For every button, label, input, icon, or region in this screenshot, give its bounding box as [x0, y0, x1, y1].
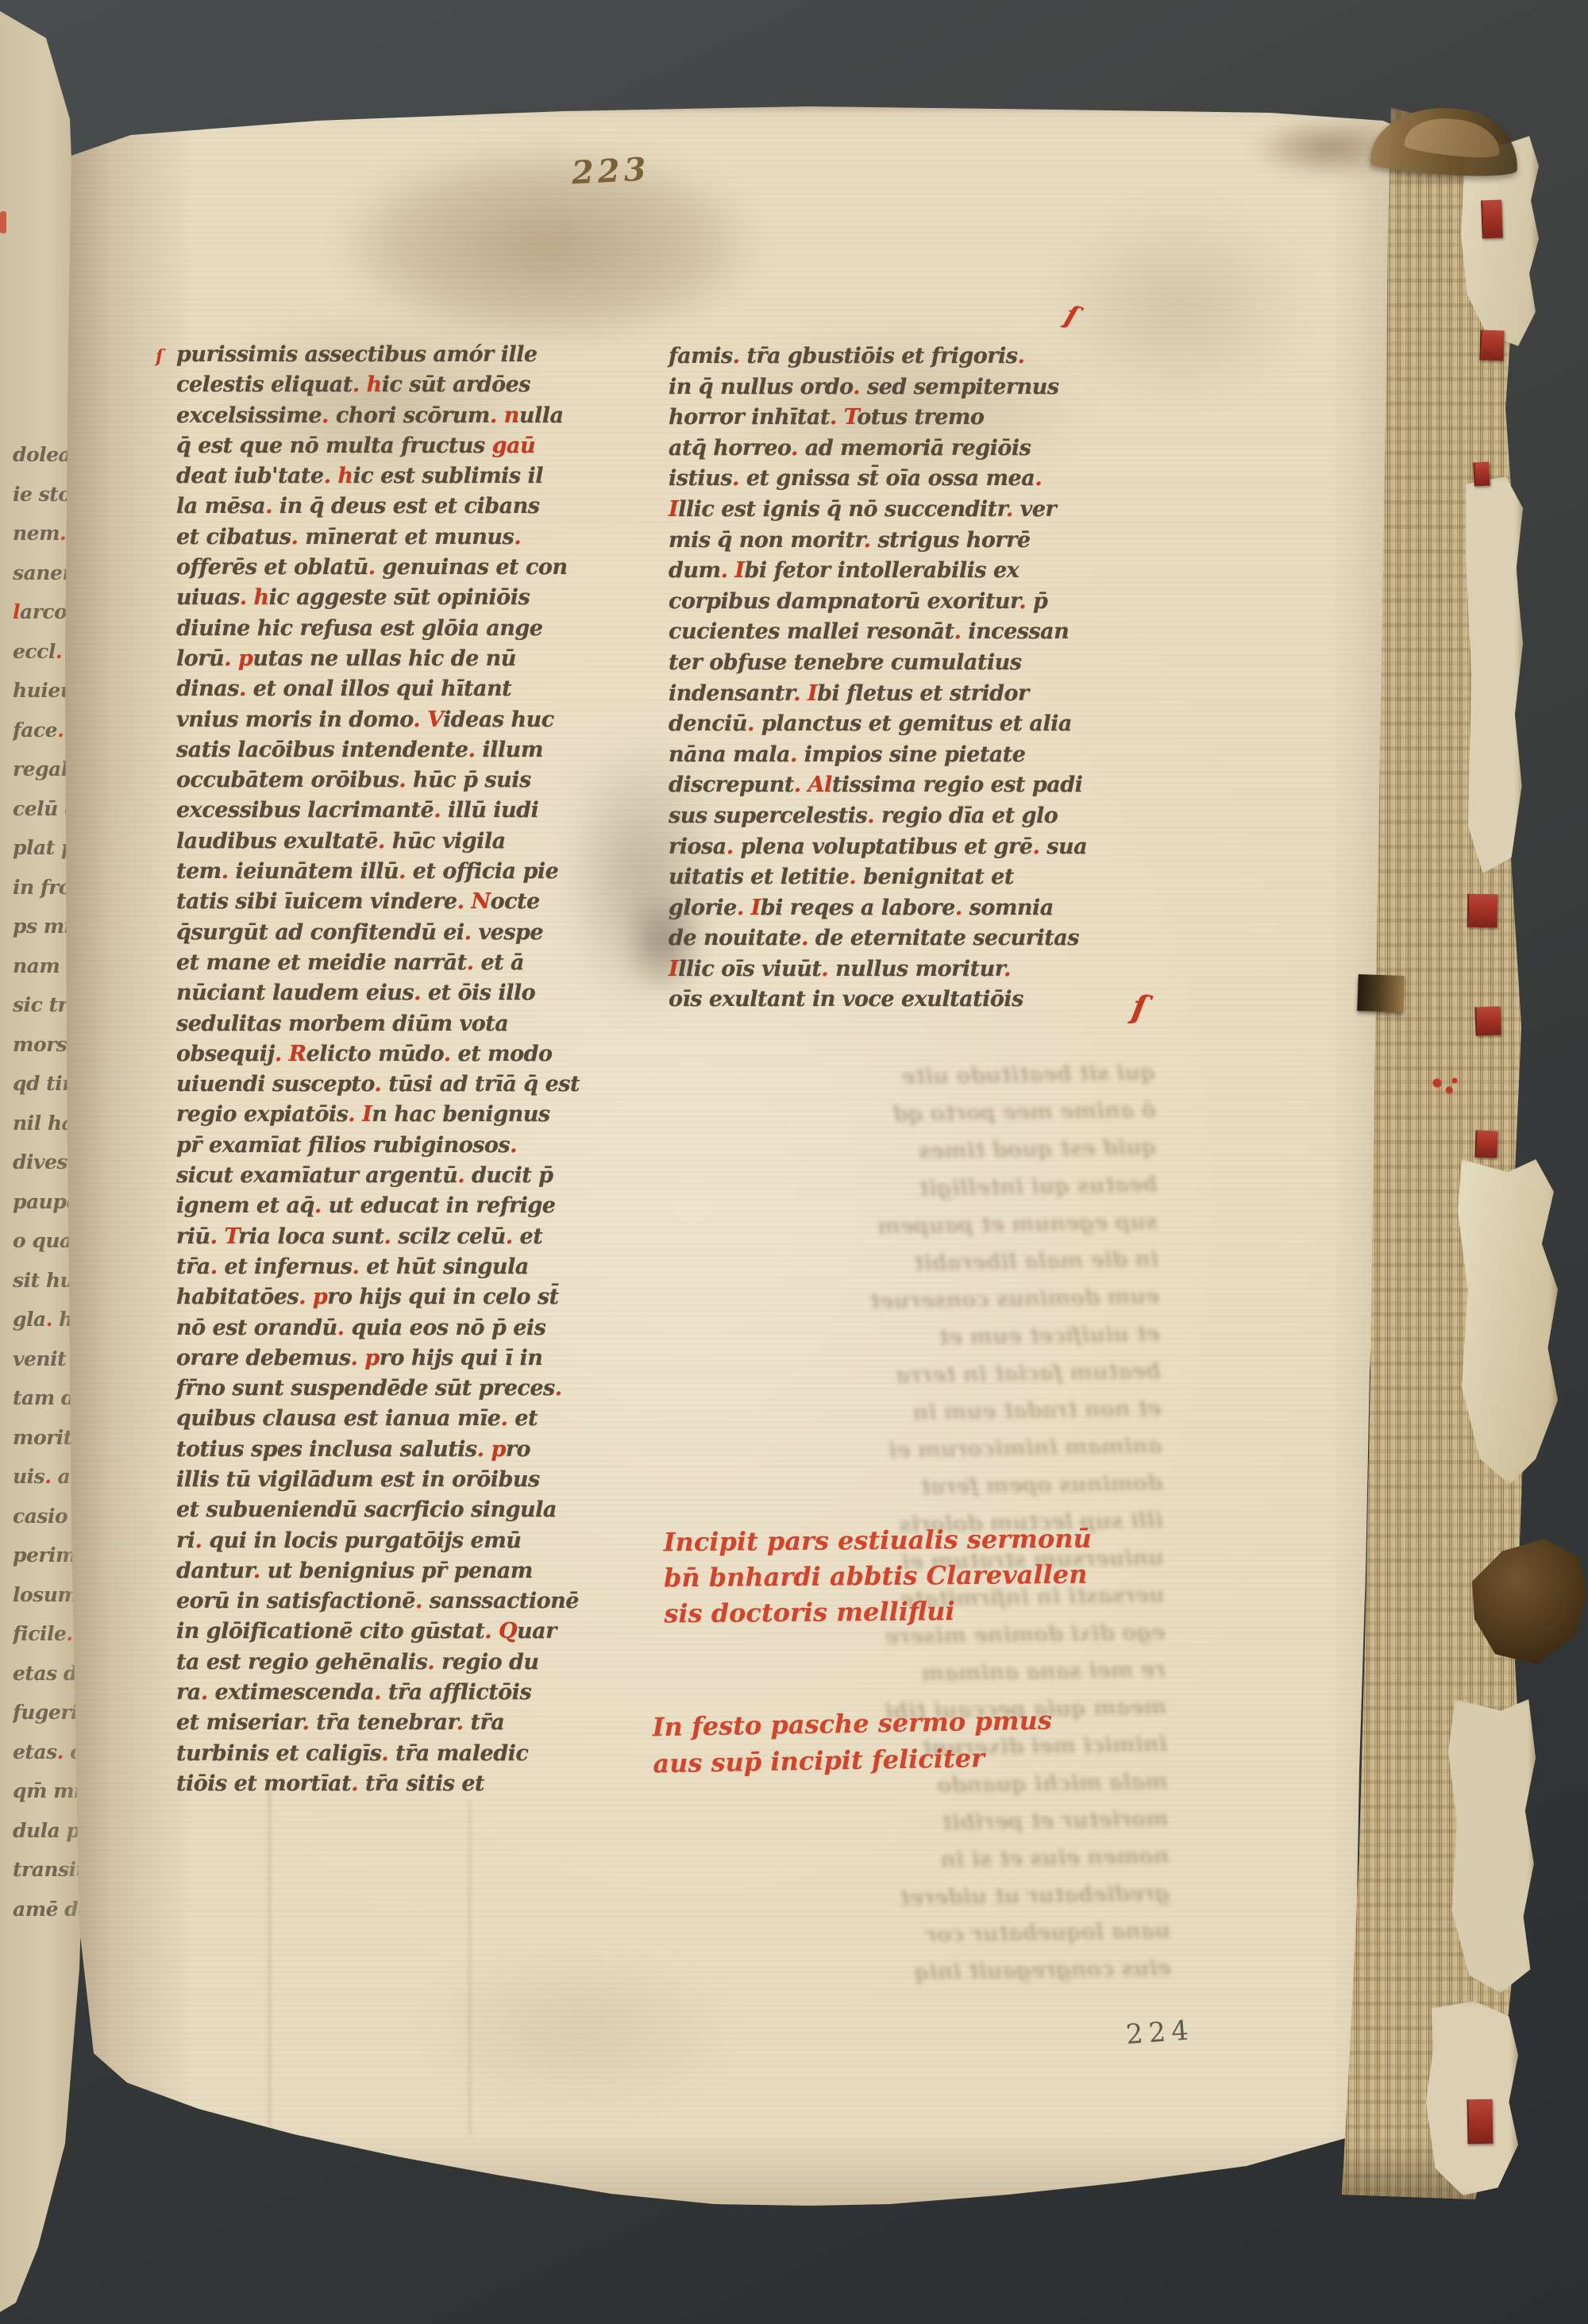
text-line: tiōis et mortīat. tr̄a sitis et	[176, 1769, 605, 1799]
text-line: pr̄ examīat filios rubiginosos.	[176, 1131, 605, 1161]
text-line: offerēs et oblatū. genuinas et con	[176, 553, 605, 583]
text-line: la mēsa. in q̄ deus est et cibans	[176, 491, 605, 522]
rubric-incipit: Incipit pars estiualis sermonūbn̄ bnhard…	[663, 1521, 1092, 1632]
text-line: famis. tr̄a gbustiōis et frigoris.	[669, 341, 1145, 372]
text-line: excelsissime. chori scōrum. nulla	[176, 401, 605, 431]
red-bookmark-tab	[1467, 2099, 1494, 2145]
stamped-page-number: 224	[1125, 2014, 1195, 2051]
text-line: regio expiatōis. In hac benignus	[176, 1100, 605, 1130]
text-line: oīs exultant in voce exultatiōis	[669, 985, 1145, 1016]
text-line: in q̄ nullus ordo. sed sempiternus	[669, 372, 1145, 403]
text-line: sis doctoris melliflui	[664, 1593, 1093, 1632]
text-line: Illic est ignis q̄ nō succenditr. ver	[669, 495, 1145, 526]
text-line: ta est regio gehēnalis. regio du	[176, 1648, 605, 1678]
text-line: dantur. ut benignius pr̄ penam	[176, 1556, 605, 1586]
red-bookmark-tab	[1474, 1006, 1501, 1035]
text-line: horror inhītat. Totus tremo	[669, 403, 1145, 434]
manuscript-page: qui sit beatitudo uiteō anime mee porto …	[56, 102, 1441, 2218]
manuscript-photograph: doleas. Ascēdis mie sto et mirbilemnem. …	[0, 0, 1588, 2324]
text-line: bn̄ bnhardi abbtis Clarevallen	[664, 1557, 1093, 1597]
text-line: sedulitas morbem diūm vota	[176, 1009, 605, 1039]
text-line: deat iub'tate. hic est sublimis il	[176, 461, 605, 491]
red-bookmark-tab	[1474, 1131, 1497, 1158]
text-line: riū. Tria loca sunt. scilz celū. et	[176, 1222, 605, 1252]
text-line: ter obfuse tenebre cumulatius	[669, 648, 1145, 679]
fold-crease	[268, 1785, 271, 2142]
rubric-in-festo-pasche: In festo pasche sermo pmusaus sup̄ incip…	[652, 1702, 1053, 1783]
text-line: nūciant laudem eius. et ōis illo	[176, 978, 605, 1008]
folio-number: 223	[571, 150, 651, 191]
red-bookmark-tab	[1481, 200, 1503, 239]
text-line: tatis sibi īuicem vindere. Nocte	[176, 887, 605, 917]
text-line: orare debemus. pro hijs qui ī in	[176, 1343, 605, 1374]
text-line: et mane et meidie narrāt. et ā	[176, 948, 605, 978]
text-line: obsequij. Relicto mūdo. et modo	[176, 1039, 605, 1070]
text-line: indensantr. Ibi fletus et stridor	[669, 679, 1145, 710]
text-line: uitatis et letitie. benignitat et	[669, 862, 1145, 893]
text-line: sicut examīatur argentū. ducit p̄	[176, 1161, 605, 1191]
text-line: purissimis assectibus amór ille	[176, 340, 605, 370]
left-text-column: purissimis assectibus amór illecelestis …	[176, 340, 605, 1799]
text-line: ignem et aq̄. ut educat in refrige	[176, 1191, 605, 1221]
left-page-red-mark	[0, 211, 6, 233]
text-line: lorū. putas ne ullas hic de nū	[176, 644, 605, 674]
text-line: totius spes inclusa salutis. pro	[176, 1435, 605, 1465]
text-line: discrepunt. Altissima regio est padi	[669, 770, 1145, 801]
text-line: excessibus lacrimantē. illū iudi	[176, 796, 605, 826]
text-line: sus supercelestis. regio dīa et glo	[669, 801, 1145, 832]
text-line: de nouitate. de eternitate securitas	[669, 923, 1145, 954]
fold-crease	[468, 1801, 471, 2134]
red-bookmark-tab	[1479, 330, 1504, 360]
text-line: celestis eliquat. hic sūt ardōes	[176, 370, 605, 400]
red-margin-mark-top: ſ	[1061, 299, 1081, 333]
text-line: denciū. planctus et gemitus et alia	[669, 709, 1145, 740]
text-line: aus sup̄ incipit feliciter	[653, 1739, 1053, 1783]
protruding-leaf-edge	[1426, 2001, 1518, 2195]
dark-bookmark-tab	[1357, 974, 1405, 1012]
text-line: et subueniendū sacrficio singula	[176, 1495, 605, 1525]
text-line: illis tū vigilādum est in orōibus	[176, 1465, 605, 1495]
text-line: tem. ieiunātem illū. et officia pie	[176, 857, 605, 887]
text-line: habitatōes. pro hijs qui in celo st̄	[176, 1282, 605, 1312]
red-margin-mark-line1: ſ	[156, 346, 163, 367]
text-line: q̄surgūt ad confitendū ei. vespe	[176, 918, 605, 948]
text-line: quibus clausa est ianua mīe. et	[176, 1404, 605, 1434]
text-line: istius. et gnissa st̄ oīa ossa mea.	[669, 464, 1145, 495]
text-line: cucientes mallei resonāt. incessan	[669, 617, 1145, 648]
text-line: dum. Ibi fetor intollerabilis ex	[669, 556, 1145, 587]
text-line: laudibus exultatē. hūc vigila	[176, 827, 605, 857]
right-text-column: famis. tr̄a gbustiōis et frigoris.in q̄ …	[669, 341, 1145, 1016]
red-bookmark-tab	[1473, 461, 1490, 486]
parchment-stain-top	[262, 110, 834, 380]
protruding-leaf-edge	[1466, 476, 1523, 873]
text-line: glorie. Ibi reqes a labore. somnia	[669, 893, 1145, 924]
text-line: tr̄a. et infernus. et hūt singula	[176, 1252, 605, 1282]
text-line: uiuendi suscepto. tūsi ad trīā q̄ est	[176, 1070, 605, 1100]
text-line: dinas. et onal illos qui hītant	[176, 674, 605, 704]
text-line: eius congregauit iniq	[662, 1949, 1171, 1995]
text-line: riosa. plena voluptatibus et grē. sua	[669, 832, 1145, 863]
text-line: vnius moris in domo. Videas huc	[176, 705, 605, 735]
red-bookmark-tab	[1467, 894, 1498, 928]
text-line: satis lacōibus intendente. illum	[176, 735, 605, 765]
text-line: et cibatus. mīnerat et munus.	[176, 522, 605, 553]
text-line: fr̄no sunt suspendēde sūt preces.	[176, 1374, 605, 1404]
text-line: ri. qui in locis purgatōijs emū	[176, 1526, 605, 1556]
text-line: Illic oīs viuūt. nullus moritur.	[669, 954, 1145, 985]
text-line: diuine hic refusa est glōia ange	[176, 614, 605, 644]
text-line: In festo pasche sermo pmus	[652, 1702, 1052, 1746]
text-line: Incipit pars estiualis sermonū	[663, 1521, 1092, 1561]
text-line: atq̄ horreo. ad memoriā regiōis	[669, 434, 1145, 464]
text-line: mis q̄ non moritr. strigus horrē	[669, 526, 1145, 557]
text-line: ra. extimescenda. tr̄a afflictōis	[176, 1678, 605, 1708]
text-line: uiuas. hic aggeste sūt opiniōis	[176, 583, 605, 613]
text-line: occubātem orōibus. hūc p̄ suis	[176, 765, 605, 796]
text-line: q̄ est que nō multa fructus gaū	[176, 431, 605, 461]
text-line: nō est orandū. quia eos nō p̄ eis	[176, 1313, 605, 1343]
text-line: nāna mala. impios sine pietate	[669, 740, 1145, 771]
text-line: turbinis et caligīs. tr̄a maledic	[176, 1739, 605, 1769]
text-line: et miseriar. tr̄a tenebrar. tr̄a	[176, 1708, 605, 1738]
text-line: corpibus dampnatorū exoritur. p̄	[669, 587, 1145, 618]
text-line: eorū in satisfactionē. sanssactionē	[176, 1586, 605, 1617]
text-line: in glōificationē cito gūstat. Quar	[176, 1617, 605, 1647]
red-ink-spots	[1428, 1073, 1459, 1097]
